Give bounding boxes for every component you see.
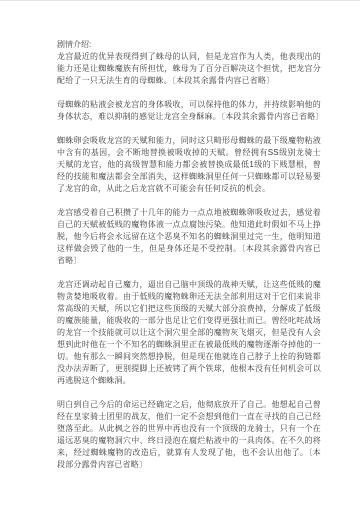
paragraph: 龙宫最近的优异表现得到了蛛母的认同，但是龙宫作为人类，他表现出的能力还是让蜘蛛魔… <box>57 51 321 87</box>
document-page: 剧情介绍: 龙宫最近的优异表现得到了蛛母的认同，但是龙宫作为人类，他表现出的能力… <box>0 0 360 509</box>
body-text: 龙宫最近的优异表现得到了蛛母的认同，但是龙宫作为人类，他表现出的能力还是让蜘蛛魔… <box>57 51 320 471</box>
page-title: 剧情介绍: <box>57 39 321 51</box>
paragraph: 蜘蛛卵会吸收龙宫的天赋和能力，同时这只畸形母蜘蛛的最下级魔物粘液中含有的基因，会… <box>57 135 321 195</box>
paragraph: 龙宫感受着自己积攒了十几年的能力一点点地被蜘蛛卵吸收过去，感觉着自己的天赋被低贱… <box>57 207 321 267</box>
paragraph: 母蜘蛛的粘液会被龙宫的身体吸收，可以保持他的体力，并持续影响他的身体状态，难以抑… <box>57 99 321 123</box>
paragraph: 明白到自己今后的命运已经确定之后，他彻底放开了自己。他想起自己曾经在皇家骑士团里… <box>57 399 321 471</box>
paragraph: 龙宫还调动起自己魔力，逼出自己脑中顶级的战神天赋，让这些低贱的魔物贪婪地吸收着。… <box>57 279 321 387</box>
